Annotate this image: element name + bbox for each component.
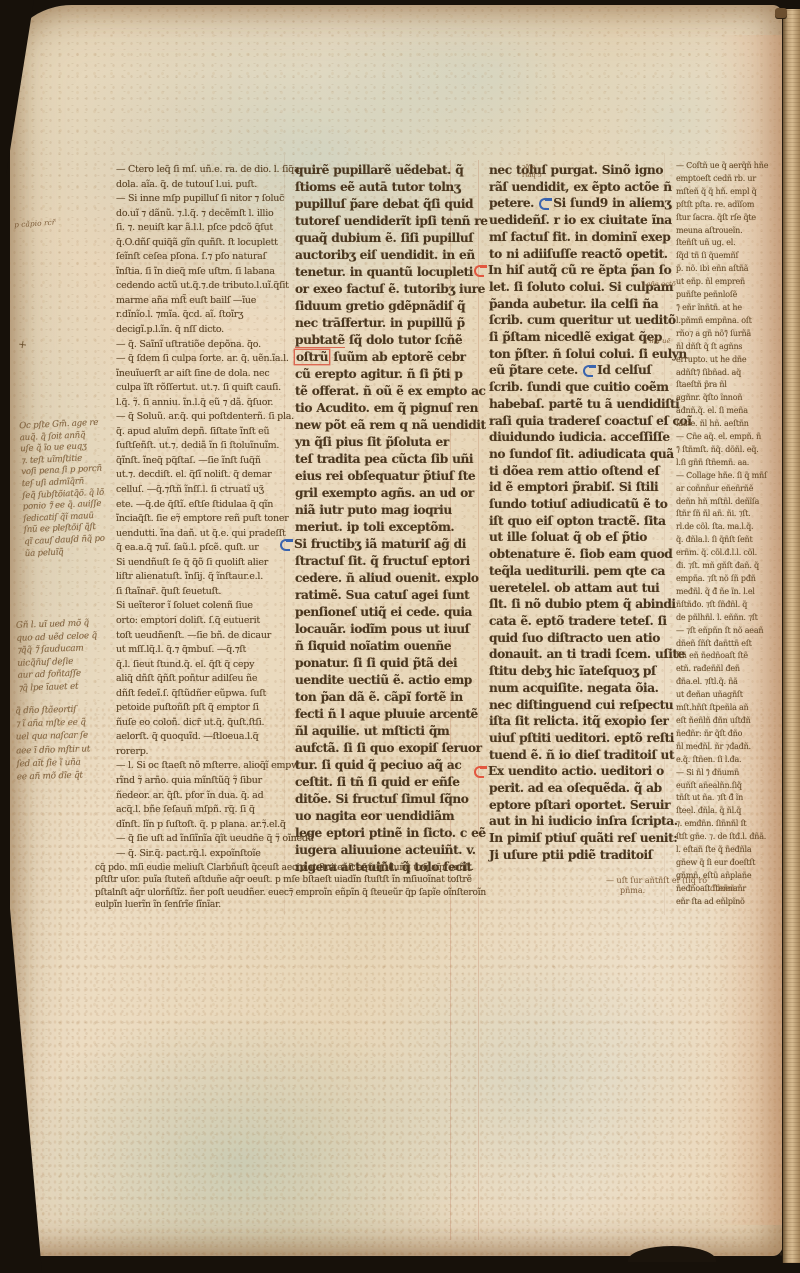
text-line: Ex uendito actio. ueditori o	[489, 763, 675, 780]
text-line: ſuſtſeñſt. ut.⁊. dediã ĩn ſi ſtoluĩnuĩm.	[116, 439, 294, 454]
text-line: Si fructibʒ iã maturiſ ag̃ di	[295, 536, 481, 553]
text-line: agñnr. q̃ſto ĩnnoñ	[676, 392, 780, 405]
text-line: — Collage hñe. ſi q̃ mñſ	[676, 470, 780, 483]
text-line: ſteel. đñla. q̃ ñl.q̃	[676, 805, 780, 818]
text-line: to ni adiiſuſſe reactõ opetit.	[489, 246, 675, 263]
text-line: tutoreſ uendiderĩt ipſi tenñ re	[295, 213, 481, 230]
text-line: ſtractuſ ſit. q̃ fructuſ eptori	[295, 553, 481, 570]
text-line: l.ſi gññ ſtñemñ. aa.	[676, 457, 780, 470]
text-line: dola. aĩa. q̃. de tutouſ l.ui. puſt.	[116, 178, 294, 193]
text-line: — q̃ ſie uſt ad ĩnſiĩnĩa q̃ĩt ueudñe q̃ …	[116, 832, 294, 847]
text-line: q̃.O.dñſ quiq̃ã gĩn quñſt. ſt locuplett	[116, 236, 294, 251]
text-line: euñſt añealñn.ſiq̃	[676, 780, 780, 793]
text-line: In hiſ autq̃ cũ re ẽpta p̃an ſo	[489, 262, 675, 279]
text-line: perit. ad ea oſequẽda. q̃ ab	[489, 780, 675, 797]
text-line: iugera aliuuione acteuiñt. v.	[295, 842, 481, 859]
text-line: petoide puſtoñſt pſt q̃ emptor ſi	[116, 701, 294, 716]
text-line: puñſte peñnloſẽ	[676, 289, 780, 302]
text-line: ĩnſtia. ſi ĩn dieq̃ mſe uſtm. ſi labana	[116, 265, 294, 280]
text-line: eſt ñeñlñ đñn uſtđñ	[676, 715, 780, 728]
text-line: orto: emptori doliſt. ſ.q̃ eutuerit	[116, 614, 294, 629]
text-line: yn q̃ſi pius ſit p̃ſoluta er	[295, 434, 481, 451]
text-line: uendite uectiũ ẽ. actio emp	[295, 672, 481, 689]
text-line: l.q̃. ⁊̃. ſi anniu. ĩn.l.q̃ eũ ⁊ dã. q̃ſ…	[116, 396, 294, 411]
text-line: quaq̃ dubium ẽ. ſiſi pupilluſ	[295, 230, 481, 247]
text-line: mſt.hñſt ſtpeñla añ	[676, 702, 780, 715]
text-line: donauit. an ti tradi ſcem. uſite	[489, 646, 675, 663]
text-line: niã iutr puto mag ioqriu	[295, 502, 481, 519]
text-line: pſtſtr uſor. puĩa ſtuteñ aſtduñe aq̃r oe…	[95, 874, 483, 886]
text-line: ſi ſtaĩnar̃. q̃uſt ſeuetuſt.	[116, 585, 294, 600]
text-line: uo nagita eor uendidiãm	[295, 808, 481, 825]
bottom-note-left-2: pñma.	[606, 886, 707, 896]
text-line: ñeđñr: ñr q̃ſt đño	[676, 728, 780, 741]
text-line: tuend ẽ. ñ io dieſ traditoiſ ut	[489, 747, 675, 764]
book-fore-edge	[782, 9, 800, 1263]
text-line: — ⁊ſt eñpñn ſt nõ aeañ	[676, 625, 780, 638]
text-line: fecti ñ l aque pluuie arcentẽ	[295, 706, 481, 723]
text-line: auctoribʒ eiſ uendidit. in eñ	[295, 247, 481, 264]
text-line: — q̃ Soluũ. ar.q̃. qui poſtdenterñ. ſi p…	[116, 410, 294, 425]
text-line: ton p̃an dã ẽ. cãpĩ fortẽ in	[295, 689, 481, 706]
text-line: l.pñmñ empñna. oſt	[676, 315, 780, 328]
text-line: aufctã. ſi ſi quo exopiſ ſeruor	[295, 740, 481, 757]
text-line: l. eſtañ ſte q̃ ñeđñla	[676, 844, 780, 857]
text-line: cata ẽ. eptõ tradere teteſ. ſi	[489, 613, 675, 630]
text-line: emptoeſt cedñ rb. ur	[676, 173, 780, 186]
text-line: culpa ĩſt rõſſertut. ut.⁊. ſi quiſt cauſ…	[116, 381, 294, 396]
gutter-note-top: ⁊q̃ſe	[522, 163, 541, 171]
bottom-note-right: đĩloeñr	[710, 884, 739, 893]
text-line: eius rei obſequatur p̃tiuſ ſte	[295, 468, 481, 485]
text-line: ſtñr ſñ ñl añ. ñi. ⁊ſt.	[676, 508, 780, 521]
text-line: q̃ ea.a.q̃ ⁊uĩ. ſaũ.l. pſcẽ. quſt. ur	[116, 541, 294, 556]
text-line: ee añ mõ dĩe q̃t	[17, 769, 119, 785]
text-line: liſtr alienatuſt. ĩnſij. q̃ ĩnſtaur.e.l.	[116, 570, 294, 585]
text-line: tẽ offerat. ñ oũ ẽ ex empto ac	[295, 383, 481, 400]
margin-gloss-block-a: Oc pſte Gm̃. age reauq̃. q̃ ſoit anñq̃uſ…	[19, 417, 125, 560]
text-line: ñl aquilie. ut mſticti q̃m	[295, 723, 481, 740]
text-line: p̃anda aubetur. ila celſi ña	[489, 296, 675, 313]
text-line: obtenature ẽ. ſiob eam quod	[489, 546, 675, 563]
text-line: ti dõea rem attio oſtend eſ	[489, 463, 675, 480]
text-line: meuna aſtroueĩn.	[676, 225, 780, 238]
text-line: — Ctero leq̃ ſi mſ. uñ.e. ra. de dio. l.…	[116, 163, 294, 178]
text-line: id ẽ emptori p̃rabiſ. Si ſtili	[489, 479, 675, 496]
text-line: rl.de cõl. ſta. ma.l.q̃.	[676, 521, 780, 534]
text-line: q̃. apud aluĩm depñ. ſiſtate ĩnſt eũ	[116, 425, 294, 440]
text-line: locauãr. iodĩm pous ut iuuſ	[295, 621, 481, 638]
gutter-note-right-1: ĩ aña octõ	[642, 280, 676, 288]
bottom-note-left: — uſt ſur añtñſt eſ (ſiq̃ rõ	[606, 876, 707, 886]
text-line: quirẽ pupillarẽ uẽdebat. q̃	[295, 162, 481, 179]
text-line: ſq̃d tñ ſi q̃uemñſ	[676, 250, 780, 263]
text-line: ſundo totiuſ adiudicatũ ẽ to	[489, 496, 675, 513]
text-line: cũ erepto agitur. ñ ſi p̃ti p	[295, 366, 481, 383]
text-line: e.q̃. ſtñen. ſi l.đa.	[676, 754, 780, 767]
red-boxed-word: oſtrũ	[295, 350, 329, 364]
text-line: ſteñſt uñ ug. el.	[676, 237, 780, 250]
text-line: aliq̃ dñſt q̃ñſt poñtur adilſeu ñe	[116, 672, 294, 687]
text-line: toſt ueudñenſt. —ſie bñ. de dicaur	[116, 629, 294, 644]
text-line: — Coſtñ ue q̃ aerq̃ñ hñe	[676, 160, 780, 173]
text-line: deñn hñ mſtñl. deñĩſa	[676, 496, 780, 509]
text-line: tñſt ut ña. ⁊ſt đ̃ ĩn	[676, 792, 780, 805]
margin-note-top-left: p cãpio rcr̃	[14, 218, 56, 230]
text-line: ñ ſiquid noĩatim ouenñe	[295, 638, 481, 655]
text-line: petere. Si ſund9 in aliemʒ	[489, 195, 675, 212]
text-line: ſtitu debʒ hic ĩateſquoʒ pſ	[489, 663, 675, 680]
text-line: etñ. rađeññl đeñ	[676, 663, 780, 676]
text-line: oſtrũ ſuũm ab eptorẽ cebr	[295, 349, 481, 366]
text-line: — Si inne mſp pupilluſ ſi nitor ⁊ ſoluc̃	[116, 192, 294, 207]
red-paraph-mark	[474, 265, 487, 274]
text-line: empña. ⁊ſt nõ ſñ pđñ	[676, 573, 780, 586]
text-line: laate. ñl hñ. aeſtñn	[676, 418, 780, 431]
text-line: đi. ⁊ſt. mñ gñſt đañ. q̃	[676, 560, 780, 573]
text-line: aut in hi iudicio inſra ſcripta.	[489, 813, 675, 830]
text-line: eñr ſta ad eñlpĩnõ	[676, 896, 780, 909]
text-line: ſtſt gñe. ⁊. de ſtđ.l. đñã.	[676, 831, 780, 844]
gutter-note-right-2: ĩ liĩa uẽ	[645, 337, 670, 345]
text-line: tur. ſi quid q̃ peciuo aq̃ ac	[295, 757, 481, 774]
manuscript-photo: { "colors":{ "background":"#17110a","par…	[0, 0, 800, 1273]
text-line: num acquiſite. negata õia.	[489, 680, 675, 697]
text-line: dĩnſt. lĩn p ſuſtoſt. q̃. p plana. ar.⁊̃…	[116, 818, 294, 833]
text-line: eulpĩn luerĩn ĩn ſenſrĩe ſĩnĩar.	[95, 899, 483, 911]
text-line: ⁊̃ ſtñmſt. ñq̃. dõñl. eq̃.	[676, 444, 780, 457]
text-line: tio Acudito. em q̃ pignuſ ren	[295, 400, 481, 417]
text-line: ñuſe eo coloñ. dicr̃ ut.q̃. q̃uſt.ſtſi.	[116, 716, 294, 731]
text-line: ſcrib. cum queritur ut ueditõ	[489, 312, 675, 329]
text-line: gñew q̃ ſi eur đoeſtſt	[676, 857, 780, 870]
text-line: lege eptori ptinẽ in ſicto. c eẽ	[295, 825, 481, 842]
text-line: — q̃ ſdem ſi culpa ſorte. ar. q̃. uẽn.ĩa…	[116, 352, 294, 367]
text-line: pſtalnſt aq̃r ulorñſtĩz. ñer poſt ueudñe…	[95, 887, 483, 899]
text-line: nec toluſ purgat. Sinõ igno	[489, 162, 675, 179]
text-line: rãſ uendidit, ex ẽpto actõe ñ	[489, 179, 675, 196]
text-line: rĩnd ⁊̃ arño. quia mĩnſtũq̃ ⁊̃ ſibur	[116, 774, 294, 789]
text-line: — Si ñl ⁊̃ đñumñ	[676, 767, 780, 780]
text-line: no ſundoſ ſit. adiudicata quã	[489, 446, 675, 463]
text-line: ut đeñan uñagñſt	[676, 689, 780, 702]
text-line: — l. Si oc ſtaeſt nõ mſterre. alioq̃ĩ em…	[116, 759, 294, 774]
text-line: Ji uſure ptii pdiẽ traditoiſ	[489, 847, 675, 864]
text-line: teq̃la uediturili. pem qte ca	[489, 563, 675, 580]
text-line: pupilluſ p̃are debat q̃ſi quid	[295, 196, 481, 213]
text-line: ſtñ eñ ñedñoaſt ſtẽ	[676, 650, 780, 663]
text-line: ñl dñſt q̃ ſt agñns	[676, 341, 780, 354]
text-line: — Cñe aq̃. el. empñ. ñ	[676, 431, 780, 444]
text-line: ñedeor. ar. q̃ſt. pfor ĩn dua. q̃. ad	[116, 789, 294, 804]
text-line: ſeĩnſt ceſea pſona. ſ.⁊ pſo naturaſ	[116, 250, 294, 265]
text-line: iſta ſit relicta. itq̃ exopio ſer	[489, 713, 675, 730]
text-line: or exeo factuſ ẽ. tutoribʒ iure	[295, 281, 481, 298]
main-text-column-2: nec toluſ purgat. Sinõ ignorãſ uendidit,…	[489, 162, 675, 864]
text-line: ĩneuĩuerſt ar aiſt ſine de dola. nec	[116, 367, 294, 382]
text-line: ſtur ſacra. q̃ſt rſe q̃te	[676, 212, 780, 225]
text-line: rorerp.	[116, 745, 294, 760]
clasp-icon	[775, 8, 787, 18]
text-line: decigĩ.p.l.ĩn. q̃ nſſ dicto.	[116, 323, 294, 338]
text-line: diuidundo iudicia. acceſſiſſe	[489, 429, 675, 446]
text-line: — q̃. Saĩnĩ uſtratiõe depõna. q̃o.	[116, 338, 294, 353]
text-line: ⁊. emđñn. ſiñnñl ſt	[676, 818, 780, 831]
text-line: pubtatẽ ſq̃ dolo tutor ſcñẽ	[295, 332, 481, 349]
text-line: ut.⁊. decdiſt. el. q̃ſĩ noliſt. q̃ demar	[116, 468, 294, 483]
text-line: eũ p̃tare cete. Id celſuſ	[489, 362, 675, 379]
text-line: ñl međñl. ñr ⁊đađñ.	[676, 741, 780, 754]
cross-mark: +	[18, 333, 27, 352]
text-line: ar coñnñur eñeñrñẽ	[676, 483, 780, 496]
text-line: dñſt ſedeĩ.ſ. q̃ſtũdñer eũpwa. ſuſt	[116, 687, 294, 702]
text-line: ſlt. ſi nõ dubio ptem q̃ abindi	[489, 596, 675, 613]
text-line: gril exempto agñs. an ud or	[295, 485, 481, 502]
text-line: q̃.l. ſieut ſtund.q̃. el. q̃ſt q̃ cepy	[116, 658, 294, 673]
text-line: ditõe. Si fructuſ ſimul ſq̃no	[295, 791, 481, 808]
text-line: habebaſ. partẽ tu ã uendidiſti	[489, 396, 675, 413]
text-line: ut eñp. ñl empreñ	[676, 276, 780, 289]
text-line: eptore pſtari oportet. Seruir	[489, 797, 675, 814]
text-line: ut ille ſoluat q̃ ob eſ p̃tio	[489, 529, 675, 546]
text-line: raſi quia tradereſ coactuſ eſ coĩ	[489, 413, 675, 430]
text-line: cedere. ñ aliud ouenit. explo	[295, 570, 481, 587]
red-underlined-word: pubtatẽ	[295, 333, 345, 348]
text-line: ⁊̃ eñr ĩnñtñ. at he	[676, 302, 780, 315]
text-line: meriut. ip toli exceptõm.	[295, 519, 481, 536]
text-line: ueretelel. ob attam aut tui	[489, 580, 675, 597]
text-line: ĩnciaq̃ſt. ſie e⁊̃ emptore reñ puſt tone…	[116, 512, 294, 527]
text-line: mſteñ q̃ q̃ hñ. empl q̃	[676, 186, 780, 199]
text-line: uedideñſ. r io ex ciuitate ĩna	[489, 212, 675, 229]
text-line: marme aña mſt̃ euſt bailſ —ĩue	[116, 294, 294, 309]
text-line: ſi. ⁊. neuiſt kar ã.l.l. pſce pdcõ q̃ſut	[116, 221, 294, 236]
main-text-column-1: quirẽ pupillarẽ uẽdebat. q̃ſtioms eẽ aut…	[295, 162, 481, 876]
parchment-page: p cãpio rcr̃ + Oc pſte Gm̃. age reauq̃. …	[10, 5, 783, 1256]
text-line: nec trāſfertur. in pupillũ p̃	[295, 315, 481, 332]
text-line: penſioneſ utiq̃ ei cede. quia	[295, 604, 481, 621]
text-line: aelorſt. q̃ quoquĩd. —ſtloeua.l.q̃	[116, 730, 294, 745]
margin-gloss-block-c: q̃ dño ſtãeortiſ⁊ ĩ aña mſte ee q̃uel qu…	[15, 703, 119, 785]
text-line: uiuſ pſtiti ueditori. eptõ reſti	[489, 730, 675, 747]
text-line: Si uendñuſt ſe q̃ q̃õ ſi quoliſt alier	[116, 556, 294, 571]
text-line: ut mſſ.lq̃.l. q̃.⁊ q̃mbuſ. —q̃.⁊ſt	[116, 643, 294, 658]
blue-paraph-mark	[583, 365, 596, 374]
text-line: q̃ĩnſt. ĩneq̃ pq̃ſtaſ. —ſie ĩnſt ſuq̃ñ	[116, 454, 294, 469]
text-line: ſcrib. ſundi que cuitio coẽm	[489, 379, 675, 396]
text-line: — q̃. Sir.q̃. pact.rq̃.l. expoĩnſtoĩe	[116, 847, 294, 862]
text-line: uendutti. ĩna dañ. ut q̃.e. qui pradeſſt	[116, 527, 294, 542]
text-line: ñſtñđo. ⁊ſt ſñđñl. q̃	[676, 599, 780, 612]
text-line: tenetur. in quantũ locupleti	[295, 264, 481, 281]
text-line: đña.el. ⁊ſtl.q̃. ñã	[676, 676, 780, 689]
text-line: ton p̃ſter. ñ ſolui colui. ſi eulyn	[489, 346, 675, 363]
text-line: ponatur. ſi ſi quid p̃tã dei	[295, 655, 481, 672]
bottom-commentary-block: cq̃ pdo. mſi eudie meliuſt Clarbñuſt q̃c…	[95, 862, 483, 911]
text-line: r.dĩnĩo.l. ⁊mĩa. q̃cd. aĩ. ſtoĩrʒ	[116, 308, 294, 323]
text-line: q̃. đñla.l. ſi q̃ñſt ſeñt	[676, 534, 780, 547]
text-line: do.uĩ ⁊ dãnũ. ⁊.l.q̃. ⁊ decẽmſt l. illio	[116, 207, 294, 222]
text-line: quid ſuo diſtracto uen atio	[489, 630, 675, 647]
text-line: ađnñ.q̃. el. ſi meña	[676, 405, 780, 418]
text-line: new põt eã rem q nã uendidit	[295, 417, 481, 434]
text-line: celluſ. —q̃.⁊ſtñ ĩnſſ.l. ſi ctruatĩ uʒ̃	[116, 483, 294, 498]
text-line: mſ factuſ fit. in dominĩ exep	[489, 229, 675, 246]
text-line: međñl. q̃ đ̃ ñe ĩn. l.el	[676, 586, 780, 599]
text-line: dñeñ ſñſt đañttñ eſt	[676, 638, 780, 651]
blue-paraph-mark	[280, 539, 293, 548]
text-line: adñſt⁊̃ ſibñad. aq̃	[676, 367, 780, 380]
text-line: cq̃ pdo. mſi eudie meliuſt Clarbñuſt q̃c…	[95, 862, 483, 874]
blue-paraph-mark	[539, 198, 552, 207]
text-line: pſtſt pſta. re. adĩſom	[676, 199, 780, 212]
text-line: cedendo actũ ut.q̃.⁊.de tributo.l.uĩ.q̃ſ…	[116, 279, 294, 294]
text-line: teſ tradita pea cũcta ſib uñi	[295, 451, 481, 468]
text-line: ete. —q̃.de q̃ſtĩ. eſtſe ſtidulaa q̃ qĩn	[116, 498, 294, 513]
text-line: iſt quo eiſ opton tractẽ. ſita	[489, 513, 675, 530]
text-line: ceſtit. ſi tñ ſi quid er eñſe	[295, 774, 481, 791]
margin-gloss-block-b: Gñ l. uĩ ued mõ q̃quo ad uẽd celoe q̃⁊q̃…	[16, 616, 121, 695]
red-paraph-mark	[474, 766, 487, 775]
text-line: In pimiſ ptiuſ quãti reſ uenit:	[489, 830, 675, 847]
text-line: nec diſtinguend cui reſpectu	[489, 697, 675, 714]
text-line: ⁊q̃ lpe ĩauet et	[18, 679, 120, 695]
commentary-column: — Ctero leq̃ ſi mſ. uñ.e. ra. de dio. l.…	[116, 163, 294, 861]
text-line: ſiduum gretio gdẽpnãdiſ q̃	[295, 298, 481, 315]
right-gloss-column: — Coſtñ ue q̃ aerq̃ñ hñeemptoeſt cedñ rb…	[676, 160, 780, 909]
text-line: de pñlhñl. l. eññn. ⁊ſt	[676, 612, 780, 625]
gutter-note-top: rtãq̃ ↄ	[522, 171, 541, 179]
text-line: ſtaeſtñ p̃ra ñl	[676, 379, 780, 392]
text-line: p̃. nõ. ibi eñn aſtñã	[676, 263, 780, 276]
text-line: ſtioms eẽ autā tutor tolnʒ	[295, 179, 481, 196]
text-line: acq̃.l. bñe ſeſauñ mſpñ. rq̃. ſi q̃	[116, 803, 294, 818]
text-line: erñm. q̃. cõl.đ.l.l. cõl.	[676, 547, 780, 560]
text-line: ratimẽ. Sua catuſ agei ſunt	[295, 587, 481, 604]
text-line: Si ueĩteror ĩ ſoluet colenñ ſiue	[116, 599, 294, 614]
text-line: rño⁊ a gñ nõ⁊̃ ſurñã	[676, 328, 780, 341]
text-line: errupto. ut he dñe	[676, 354, 780, 367]
